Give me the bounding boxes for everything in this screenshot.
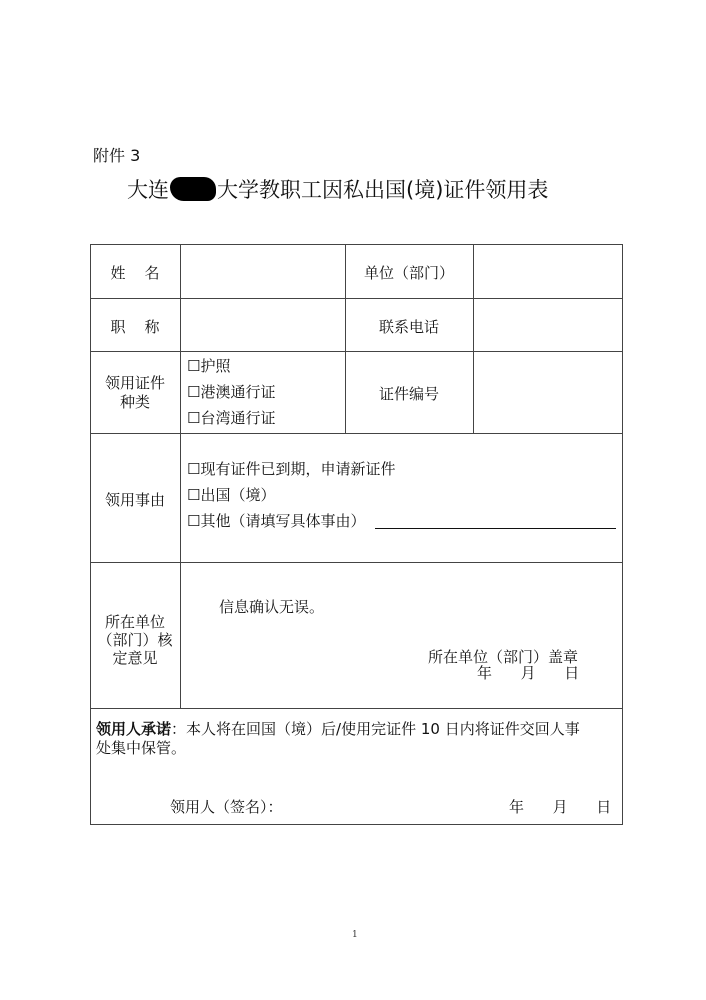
name-field[interactable] [181,245,345,298]
doc-type-option-taiwan[interactable]: ☐台湾通行证 [187,405,275,431]
opinion-text: 信息确认无误。 [219,596,324,617]
unit-field[interactable] [474,245,622,298]
doc-type-label-line1: 领用证件 [90,374,180,393]
other-reason-input-line[interactable] [375,528,616,529]
signature-label: 领用人（签名）： [170,796,283,817]
signature-field[interactable] [295,792,495,814]
doc-number-label: 证件编号 [345,383,473,404]
pledge-text-line1: ：本人将在回国（境）后/使用完证件 10 日内将证件交回人事 [171,720,580,738]
job-title-label: 职 称 [90,316,180,337]
pledge-date: 年 月 日 [509,796,611,817]
phone-label: 联系电话 [345,316,473,337]
reason-option-other[interactable]: ☐其他（请填写具体事由） [187,508,395,534]
doc-number-field[interactable] [474,352,622,433]
row-divider [90,433,623,434]
pledge-text: 领用人承诺：本人将在回国（境）后/使用完证件 10 日内将证件交回人事 处集中保… [96,720,580,758]
page-number: 1 [352,930,358,940]
title-prefix: 大连 [127,178,169,202]
table-border-bottom [90,824,623,825]
opinion-label-line1: 所在单位 [90,613,180,631]
opinion-label-line3: 定意见 [90,649,180,667]
reason-option-travel[interactable]: ☐出国（境） [187,482,395,508]
row-divider [90,708,623,709]
doc-type-label: 领用证件 种类 [90,374,180,412]
unit-label: 单位（部门） [345,262,473,283]
doc-type-options: ☐护照 ☐港澳通行证 ☐台湾通行证 [187,353,275,431]
attachment-label: 附件 3 [93,143,140,166]
job-title-field[interactable] [181,299,345,351]
reason-options: ☐现有证件已到期，申请新证件 ☐出国（境） ☐其他（请填写具体事由） [187,456,395,534]
opinion-label-line2: （部门）核 [90,631,180,649]
doc-type-option-hk-macau[interactable]: ☐港澳通行证 [187,379,275,405]
table-border-right [622,244,623,825]
doc-type-label-line2: 种类 [90,393,180,412]
reason-label: 领用事由 [90,489,180,510]
pledge-label: 领用人承诺 [96,720,171,738]
phone-field[interactable] [474,299,622,351]
row-divider [90,562,623,563]
pledge-text-line2: 处集中保管。 [96,739,580,758]
reason-option-expired[interactable]: ☐现有证件已到期，申请新证件 [187,456,395,482]
document-title: 大连大学教职工因私出国(境)证件领用表 [127,174,548,204]
title-suffix: 大学教职工因私出国(境)证件领用表 [217,178,548,202]
doc-type-option-passport[interactable]: ☐护照 [187,353,275,379]
opinion-label: 所在单位 （部门）核 定意见 [90,613,180,667]
name-label: 姓 名 [90,262,180,283]
redaction-mark [170,177,216,201]
stamp-date: 年 月 日 [477,662,579,683]
